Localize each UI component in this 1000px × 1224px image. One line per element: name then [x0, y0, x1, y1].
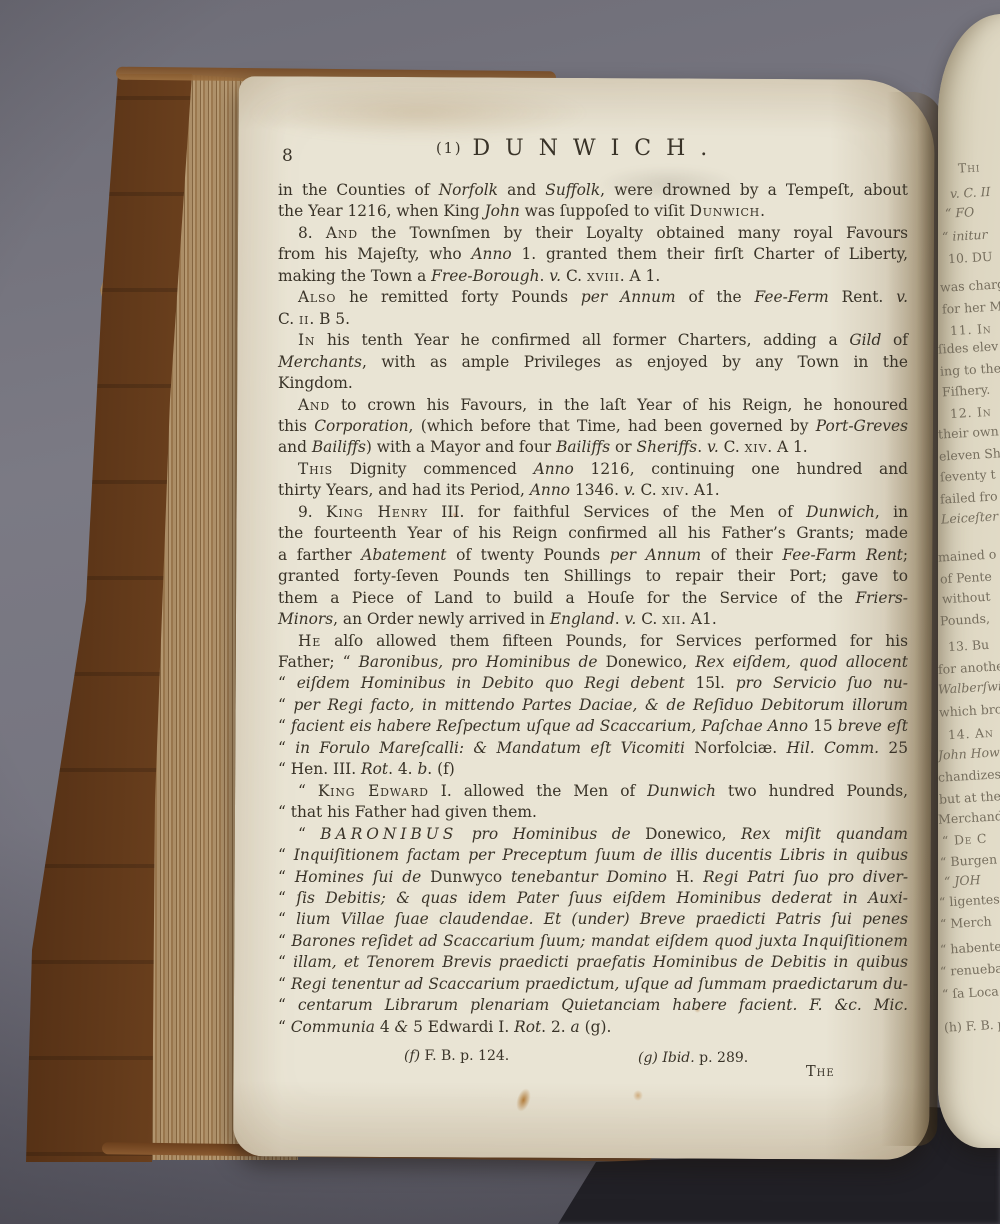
text-segment: two hundred Pounds, — [716, 782, 908, 800]
text-segment: Hil. Comm. — [786, 739, 879, 757]
text-segment: , (which before that Time, had been gove… — [409, 417, 816, 435]
text-segment: “ — [278, 868, 295, 886]
text-segment: Bailiffs — [312, 438, 366, 456]
text-segment: H. — [667, 868, 703, 886]
text-segment: 15l. — [685, 674, 736, 692]
text-segment: a — [571, 1018, 580, 1036]
text-line: “ Hen. III. Rot. 4. b. (f) — [278, 759, 908, 780]
text-line: in the Counties of Norfolk and Suffolk, … — [278, 180, 908, 201]
text-segment: of — [881, 331, 908, 349]
text-segment: from his Majeſty, who — [278, 245, 471, 263]
text-segment: . — [615, 610, 625, 628]
text-segment: per Regi facto, in mittendo Partes Dacia… — [294, 696, 909, 714]
text-line: granted forty-ſeven Pounds ten Shillings… — [278, 566, 908, 587]
right-page-text-fragment: Pounds, — [940, 611, 991, 629]
text-segment: pro Servicio ſuo nu- — [736, 674, 908, 692]
text-line: 8. And the Townſmen by their Loyalty obt… — [278, 223, 908, 244]
text-segment: This — [298, 460, 333, 478]
text-line: This Dignity commenced Anno 1216, contin… — [278, 459, 908, 480]
text-segment: . A 1. — [767, 438, 807, 456]
text-line: “ Homines ſui de Dunwyco tenebantur Domi… — [278, 867, 908, 888]
right-page-text-fragment: (h) F. B. p. — [944, 1016, 1000, 1035]
text-segment: Sheriffs — [637, 438, 698, 456]
text-segment: “ — [278, 953, 293, 971]
text-segment: (g). — [580, 1018, 612, 1036]
text-line: Also he remitted forty Pounds per Annum … — [278, 287, 908, 308]
text-segment: Dunwyco — [421, 868, 511, 886]
text-segment: Regi Patri ſuo pro diver- — [703, 868, 908, 886]
text-segment: III. for faithful Services of the Men of — [428, 503, 806, 521]
right-page-text-fragment: “ JOH — [944, 872, 981, 889]
text-segment: F. B. p. 124. — [420, 1048, 509, 1064]
right-page-text-fragment: “ habentes — [940, 938, 1000, 957]
text-line: He alſo allowed them fifteen Pounds, for… — [278, 631, 908, 652]
text-line: “ in Forulo Mareſcalli: & Mandatum eſt V… — [278, 738, 908, 759]
text-segment: “ — [278, 932, 291, 950]
header-signature: (1) — [436, 141, 463, 157]
text-segment: Friers- — [855, 589, 908, 607]
right-page-text-fragment: mained o — [938, 546, 997, 564]
right-page-text-fragment: 11. In — [950, 321, 992, 338]
text-segment: “ — [298, 825, 320, 843]
right-page-text-fragment: eleven Sh — [939, 445, 1000, 463]
text-line: “ per Regi facto, in mittendo Partes Dac… — [278, 695, 908, 716]
text-segment: per Annum — [610, 546, 701, 564]
text-segment: . — [760, 202, 765, 220]
text-segment: , in — [875, 503, 908, 521]
text-segment: xviii — [587, 267, 620, 285]
text-segment: And — [298, 396, 330, 414]
text-line: “ illam, et Tenorem Brevis praedicti pra… — [278, 952, 908, 973]
text-segment: . A1. — [681, 610, 717, 628]
text-segment: in the Counties of — [278, 181, 439, 199]
text-segment: to crown his Favours, in the laſt Year o… — [330, 396, 908, 414]
text-segment: making the Town a — [278, 267, 431, 285]
text-segment: thirty Years, and had its Period, — [278, 481, 530, 499]
text-line: And to crown his Favours, in the laſt Ye… — [278, 395, 908, 416]
text-segment: . A 1. — [620, 267, 660, 285]
text-segment: Rex eiſdem, quod allocent — [695, 653, 908, 671]
text-segment: pro Hominibus de — [457, 825, 630, 843]
text-line: “ lium Villae ſuae claudendae. Et (under… — [278, 909, 908, 930]
right-page-text-fragment: for anothe — [938, 658, 1000, 677]
text-segment: C. — [561, 267, 587, 285]
text-segment: & — [395, 1018, 409, 1036]
text-line: the fourteenth Year of his Reign confirm… — [278, 523, 908, 544]
text-segment: Merchants — [278, 353, 362, 371]
text-segment: . — [539, 267, 549, 285]
right-page-text-fragment: Fiſhery. — [942, 382, 991, 400]
text-segment: “ that his Father had given them. — [278, 803, 537, 821]
text-segment: eiſdem Hominibus in Debito quo Regi debe… — [297, 674, 685, 692]
text-segment: Fee-Farm Rent — [782, 546, 902, 564]
text-segment: “ — [278, 717, 291, 735]
text-segment: them a Piece of Land to build a Houſe fo… — [278, 589, 855, 607]
text-segment: 1216, continuing one hundred and — [574, 460, 908, 478]
text-segment: centarum Librarum plenariam Quietanciam … — [298, 996, 908, 1014]
right-page-text-fragment: “ De C — [942, 831, 988, 849]
text-segment: Dignity commenced — [333, 460, 534, 478]
right-page-text-fragment: 10. DU — [948, 249, 993, 266]
right-page-text-fragment: “ initur — [942, 227, 988, 245]
text-segment: the Year 1216, when King — [278, 202, 484, 220]
text-line: making the Town a Free-Borough. v. C. xv… — [278, 266, 908, 287]
text-segment: Fee-Ferm — [755, 288, 829, 306]
right-page-text-fragment: “ ſa Loca — [942, 983, 999, 1001]
text-segment: . B 5. — [309, 310, 350, 328]
text-line: “ centarum Librarum plenariam Quietancia… — [278, 995, 908, 1016]
text-segment: . 2. — [541, 1018, 570, 1036]
text-line: a farther Abatement of twenty Pounds per… — [278, 545, 908, 566]
text-line: Minors, an Order newly arrived in Englan… — [278, 609, 908, 630]
text-segment: 1. granted them their firſt Charter of L… — [512, 245, 908, 263]
text-line: “ facient eis habere Reſpectum uſque ad … — [278, 716, 908, 737]
text-segment: Corporation — [314, 417, 408, 435]
text-segment: In — [298, 331, 315, 349]
text-segment: or — [610, 438, 636, 456]
text-segment: Kingdom. — [278, 374, 353, 392]
text-line: “ that his Father had given them. — [278, 802, 908, 823]
text-segment: . (f) — [427, 760, 455, 778]
text-segment: “ — [278, 696, 294, 714]
body-text: in the Counties of Norfolk and Suffolk, … — [278, 180, 908, 1038]
text-line: Merchants, with as ample Privileges as e… — [278, 352, 908, 373]
text-segment: this — [278, 417, 314, 435]
text-segment: v. — [624, 481, 636, 499]
text-segment: tenebantur Domino — [511, 868, 667, 886]
text-segment: C. — [278, 310, 299, 328]
text-segment: Norfolciæ. — [685, 739, 787, 757]
text-line: In his tenth Year he confirmed all forme… — [278, 330, 908, 351]
text-segment: Suffolk — [545, 181, 600, 199]
text-segment: v. — [896, 288, 908, 306]
text-segment: and — [498, 181, 545, 199]
text-segment: Free-Borough — [431, 267, 539, 285]
text-segment: Father; “ — [278, 653, 359, 671]
text-segment: b — [417, 760, 427, 778]
text-segment: alſo allowed them fifteen Pounds, for Se… — [321, 632, 908, 650]
text-segment: C. — [636, 610, 662, 628]
right-page-text-fragment: Thi — [958, 159, 981, 175]
text-segment: Rex miſit quandam — [741, 825, 908, 843]
right-page-text-fragment: ſides elev — [938, 338, 999, 356]
text-segment: Gild — [849, 331, 881, 349]
text-line: “ Inquiſitionem factam per Preceptum ſuu… — [278, 845, 908, 866]
text-segment: “ — [278, 1018, 291, 1036]
right-page-text-fragment: failed fro — [940, 488, 998, 506]
text-segment: of the — [676, 288, 755, 306]
right-page-text-fragment: chandizes — [938, 766, 1000, 784]
text-line: “ eiſdem Hominibus in Debito quo Regi de… — [278, 673, 908, 694]
right-page-text-fragment: 12. In — [950, 404, 992, 421]
text-segment: Communia — [291, 1018, 375, 1036]
text-line: and Bailiffs) with a Mayor and four Bail… — [278, 437, 908, 458]
right-page-text-fragment: Leiceſter — [941, 508, 999, 526]
text-segment: 25 — [879, 739, 908, 757]
text-segment: Abatement — [361, 546, 446, 564]
text-line: the Year 1216, when King John was ſuppoſ… — [278, 201, 908, 222]
right-page-text-fragment: 14. An — [948, 725, 994, 743]
text-segment: lium Villae ſuae claudendae. Et (under) … — [296, 910, 908, 928]
text-segment: facient eis habere Reſpectum uſque ad Sc… — [291, 717, 808, 735]
text-segment: “ — [278, 889, 296, 907]
text-segment: xii — [662, 610, 681, 628]
footnote-g: (g) Ibid. p. 289. — [638, 1050, 748, 1066]
text-segment: p. 289. — [695, 1050, 748, 1066]
text-segment: v. — [549, 267, 561, 285]
text-segment: 1346. — [570, 481, 624, 499]
text-segment: “ — [278, 739, 295, 757]
text-segment: . A1. — [684, 481, 720, 499]
text-line: Kingdom. — [278, 373, 908, 394]
text-segment: 8. — [298, 224, 326, 242]
text-segment: Barones reſidet ad Scaccarium ſuum; mand… — [291, 932, 908, 950]
text-segment: Anno — [471, 245, 511, 263]
text-line: Father; “ Baronibus, pro Hominibus de Do… — [278, 652, 908, 673]
text-segment: C. — [719, 438, 745, 456]
text-segment: , an Order newly arrived in — [333, 610, 550, 628]
text-line: “ Communia 4 & 5 Edwardi I. Rot. 2. a (g… — [278, 1017, 908, 1038]
text-segment: BARONIBUS — [320, 825, 457, 843]
text-segment: Minors — [278, 610, 333, 628]
text-segment: , were drowned by a Tempeſt, about — [600, 181, 908, 199]
text-segment: Dunwich — [690, 202, 761, 220]
text-segment: breve eſt — [838, 717, 908, 735]
catchword: The — [806, 1064, 835, 1080]
text-line: them a Piece of Land to build a Houſe fo… — [278, 588, 908, 609]
text-line: “ Regi tenentur ad Scaccarium praedictum… — [278, 974, 908, 995]
text-segment: Port-Greves — [816, 417, 908, 435]
text-segment: his tenth Year he confirmed all former C… — [315, 331, 849, 349]
right-page-text-fragment: which bro — [939, 701, 1000, 720]
right-page-text-fragment: “ FO — [945, 204, 975, 221]
right-page-text-fragment: Merchand — [938, 808, 1000, 827]
right-page-text-fragment: of Pente — [940, 569, 993, 587]
text-segment: Dunwich — [647, 782, 716, 800]
text-segment: Homines ſui de — [295, 868, 421, 886]
right-page-text-fragment: 13. Bu — [948, 637, 990, 654]
right-page: Thiv. C. II“ FO“ initur10. DUwas chargfo… — [938, 14, 1000, 1148]
text-line: “ King Edward I. allowed the Men of Dunw… — [278, 781, 908, 802]
text-segment: Bailiffs — [556, 438, 610, 456]
text-line: 9. King Henry III. for faithful Services… — [278, 502, 908, 523]
text-segment: Norfolk — [439, 181, 498, 199]
text-segment: ii — [299, 310, 309, 328]
text-segment: He — [298, 632, 321, 650]
text-segment: Rot — [514, 1018, 541, 1036]
text-segment: “ — [278, 996, 298, 1014]
text-segment: . 4. — [388, 760, 417, 778]
right-page-text-fragment: John How — [938, 744, 1000, 762]
text-segment: Donewico, — [598, 653, 696, 671]
text-segment: and — [278, 438, 312, 456]
text-line: this Corporation, (which before that Tim… — [278, 416, 908, 437]
text-segment: “ — [278, 975, 291, 993]
right-page-text-fragment: Walberſwi — [938, 678, 1000, 697]
text-segment: (g) Ibid. — [638, 1050, 695, 1066]
text-segment: 4 — [375, 1018, 395, 1036]
text-segment: granted forty-ſeven Pounds ten Shillings… — [278, 567, 908, 585]
text-segment: King Edward — [318, 782, 429, 800]
text-segment: ) with a Mayor and four — [366, 438, 556, 456]
right-page-text-fragment: “ Merch — [940, 914, 992, 932]
text-line: “ ſis Debitis; & quas idem Pater ſuus ei… — [278, 888, 908, 909]
photographed-book-scene: Thiv. C. II“ FO“ initur10. DUwas chargfo… — [0, 0, 1000, 1224]
text-segment: v. — [625, 610, 637, 628]
right-page-text-fragment: “ renuebar — [940, 960, 1000, 979]
right-page-text-fragment: was charg — [940, 276, 1000, 295]
text-segment: of their — [701, 546, 782, 564]
text-segment: xiv — [745, 438, 768, 456]
text-segment: ſis Debitis; & quas idem Pater ſuus eiſd… — [296, 889, 908, 907]
text-segment: v. — [707, 438, 719, 456]
text-segment: I. allowed the Men of — [429, 782, 647, 800]
text-segment: per Annum — [581, 288, 676, 306]
text-segment: Inquiſitionem factam per Preceptum ſuum … — [294, 846, 908, 864]
right-page-text-fragment: ing to the — [940, 360, 1000, 378]
right-page-text-fragment: “ ligentes — [939, 891, 1000, 909]
text-segment: was ſuppoſed to viſit — [520, 202, 690, 220]
right-page-text-fragment: v. C. II — [950, 184, 991, 201]
text-segment: Baronibus, pro Hominibus de — [359, 653, 598, 671]
text-segment: “ — [278, 674, 297, 692]
text-segment: he remitted forty Pounds — [336, 288, 581, 306]
right-page-text-fragment: ſeventy t — [940, 466, 996, 484]
text-segment: Donewico, — [631, 825, 741, 843]
header-title: DUNWICH. — [473, 136, 723, 161]
text-segment: xiv — [662, 481, 685, 499]
text-segment: ; — [903, 546, 908, 564]
text-segment: C. — [636, 481, 662, 499]
right-page-text-fragment: for her M — [942, 298, 1000, 316]
text-line: “ BARONIBUS pro Hominibus de Donewico, R… — [278, 824, 908, 845]
text-segment: (f) — [404, 1048, 420, 1064]
text-segment: England — [550, 610, 615, 628]
text-segment: in Forulo Mareſcalli: & Mandatum eſt Vic… — [295, 739, 685, 757]
right-page-text-fragment: “ Burgen — [940, 851, 998, 869]
text-segment: Dunwich — [806, 503, 875, 521]
text-segment: “ Hen. III. — [278, 760, 361, 778]
text-segment: , with as ample Privileges as enjoyed by… — [362, 353, 908, 371]
text-segment: a farther — [278, 546, 361, 564]
right-page-text-fragment: without — [942, 589, 991, 607]
text-segment: Rent. — [829, 288, 897, 306]
text-segment: “ — [298, 782, 318, 800]
text-line: thirty Years, and had its Period, Anno 1… — [278, 480, 908, 501]
text-segment: Anno — [534, 460, 574, 478]
text-segment: Rot — [361, 760, 388, 778]
text-segment: illam, et Tenorem Brevis praedicti praef… — [293, 953, 908, 971]
text-line: “ Barones reſidet ad Scaccarium ſuum; ma… — [278, 931, 908, 952]
text-segment: the fourteenth Year of his Reign confirm… — [278, 524, 908, 542]
footnote-f: (f) F. B. p. 124. — [404, 1048, 509, 1064]
text-segment: 5 Edwardi I. — [408, 1018, 514, 1036]
text-segment: “ — [278, 846, 294, 864]
text-segment: Anno — [530, 481, 570, 499]
text-segment: “ — [278, 910, 296, 928]
running-header: (1)DUNWICH. — [436, 136, 722, 161]
text-segment: And — [326, 224, 358, 242]
text-segment: 9. — [298, 503, 326, 521]
text-segment: John — [484, 202, 519, 220]
right-page-text-fragment: but at the — [939, 788, 1000, 806]
text-segment: . — [697, 438, 707, 456]
text-segment: Regi tenentur ad Scaccarium praedictum, … — [291, 975, 908, 993]
text-segment: of twenty Pounds — [446, 546, 609, 564]
right-page-text-fragment: their own — [938, 423, 999, 441]
text-line: C. ii. B 5. — [278, 309, 908, 330]
page-number: 8 — [282, 146, 293, 166]
text-segment: 15 — [808, 717, 838, 735]
text-line: from his Majeſty, who Anno 1. granted th… — [278, 244, 908, 265]
text-segment: King Henry — [326, 503, 428, 521]
text-segment: the Townſmen by their Loyalty obtained m… — [358, 224, 908, 242]
text-segment: Also — [298, 288, 336, 306]
